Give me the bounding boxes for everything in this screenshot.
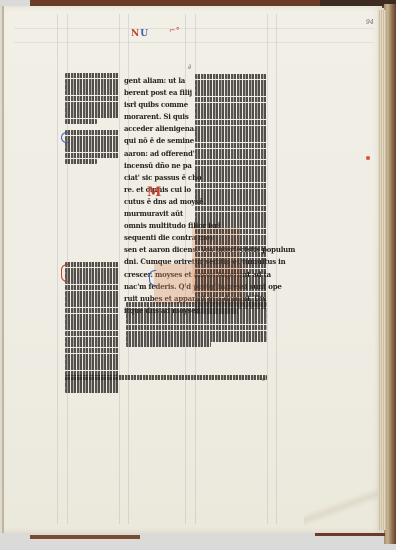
gloss-line [195, 126, 267, 131]
gloss-line [65, 119, 97, 124]
gloss-line [65, 279, 119, 284]
gloss-line [126, 302, 267, 307]
gloss-line [65, 136, 119, 141]
gloss-line [195, 194, 267, 199]
gloss-line [65, 79, 119, 84]
paragraph-mark-blue [61, 132, 68, 143]
manuscript-folio: 94 N U ⌐° ĝ ĝ gent aliam: ut laberent po… [2, 6, 382, 533]
gloss-line [65, 141, 119, 146]
gloss-line [195, 137, 267, 142]
gloss-line [65, 102, 119, 107]
gloss-line [65, 107, 119, 112]
paragraph-mark-red [61, 264, 68, 282]
paragraph-mark-blue [149, 270, 156, 286]
gloss-line [195, 120, 267, 125]
running-head-flourish-icon: ⌐° [169, 26, 180, 35]
gloss-line [195, 252, 267, 257]
ruling-line [57, 14, 58, 524]
gloss-line [65, 359, 119, 364]
gloss-line [195, 212, 267, 217]
gloss-line [65, 147, 119, 152]
gloss-line [65, 285, 119, 290]
gloss-line [65, 308, 119, 313]
gloss-line [65, 262, 119, 267]
text-line: isrł quibs comme [124, 99, 189, 111]
gloss-left-top [65, 73, 119, 125]
running-head-blue-letter: U [140, 30, 148, 39]
gloss-line [65, 365, 119, 370]
gloss-line [65, 90, 119, 95]
gloss-line [65, 273, 119, 278]
text-line: morarent. Si quis [124, 111, 189, 123]
page-edges [378, 10, 386, 530]
book-cover-bottom [30, 535, 140, 539]
gloss-left-paragraph [65, 130, 119, 164]
gloss-line [126, 325, 267, 330]
gloss-line [126, 313, 267, 318]
gloss-line [195, 108, 267, 113]
gloss-line [195, 143, 267, 148]
gloss-line [195, 183, 267, 188]
gloss-line [195, 114, 267, 119]
book-cover-bottom [315, 533, 385, 536]
gloss-line [65, 302, 119, 307]
gloss-line [195, 171, 267, 176]
gloss-line [195, 80, 267, 85]
ruling-line [119, 14, 120, 524]
gloss-line [65, 388, 119, 393]
gloss-line [65, 382, 119, 387]
gloss-line [195, 131, 267, 136]
gloss-line [65, 319, 119, 324]
gloss-line [195, 91, 267, 96]
gloss-line [195, 286, 267, 291]
gloss-line [195, 258, 267, 263]
gloss-line [126, 308, 267, 313]
gloss-line [195, 229, 267, 234]
gloss-line [65, 348, 119, 353]
gloss-line [195, 280, 267, 285]
gloss-line [65, 73, 119, 78]
gloss-line [65, 342, 119, 347]
running-head-red-letter: N [131, 30, 139, 39]
gloss-line [195, 177, 267, 182]
gloss-line [195, 160, 267, 165]
gloss-line [65, 268, 119, 273]
gloss-line [195, 275, 267, 280]
text-line: aaron: ad offerend' [124, 148, 189, 160]
gloss-line [126, 342, 211, 347]
gloss-line [65, 337, 119, 342]
gloss-line [195, 85, 267, 90]
gloss-line [65, 153, 119, 158]
gloss-line [195, 74, 267, 79]
gloss-line [65, 113, 119, 118]
gloss-bottom [126, 302, 267, 348]
initial-M-red: M [147, 185, 161, 200]
folio-number: 94 [366, 19, 374, 26]
gloss-line [126, 319, 267, 324]
gloss-line [65, 331, 119, 336]
ruling-line [276, 14, 277, 524]
gloss-right [195, 74, 267, 315]
gloss-line [195, 149, 267, 154]
gloss-line [195, 269, 267, 274]
gloss-line [126, 336, 267, 341]
gloss-line [195, 263, 267, 268]
gloss-line [65, 325, 119, 330]
gloss-line [65, 314, 119, 319]
running-head: N U [131, 30, 148, 39]
gloss-line [126, 331, 267, 336]
gloss-line [65, 296, 119, 301]
gloss-line [195, 166, 267, 171]
gloss-last-line [65, 375, 267, 381]
page-crease [304, 486, 384, 526]
text-line: incensū dño ne pa [124, 160, 189, 172]
text-line: qui nō ē de semine [124, 135, 189, 147]
text-line: murmuravit aūt [124, 208, 189, 220]
gloss-line [195, 200, 267, 205]
gloss-line [65, 96, 119, 101]
gloss-line [195, 103, 267, 108]
text-line: ciat' sic passus ē cho [124, 172, 189, 184]
gloss-line [65, 375, 267, 380]
text-line: acceder alienigena. [124, 123, 189, 135]
gloss-line [195, 189, 267, 194]
gloss-line [195, 223, 267, 228]
red-ink-spot [366, 156, 370, 160]
gloss-line [195, 240, 267, 245]
gloss-line [65, 354, 119, 359]
gloss-line [65, 130, 119, 135]
ruling-line [14, 42, 374, 43]
gloss-line [195, 235, 267, 240]
gloss-line [65, 84, 119, 89]
gloss-line [195, 206, 267, 211]
text-line: berent post ea filij [124, 87, 189, 99]
gloss-line [195, 246, 267, 251]
gloss-line [65, 159, 97, 164]
text-line: gent aliam: ut la [124, 75, 189, 87]
gloss-line [195, 97, 267, 102]
margin-annotation: ĝ [188, 64, 191, 70]
gloss-line [195, 154, 267, 159]
gloss-line [195, 292, 267, 297]
gloss-line [195, 217, 267, 222]
ruling-line [14, 28, 374, 29]
gloss-line [65, 291, 119, 296]
